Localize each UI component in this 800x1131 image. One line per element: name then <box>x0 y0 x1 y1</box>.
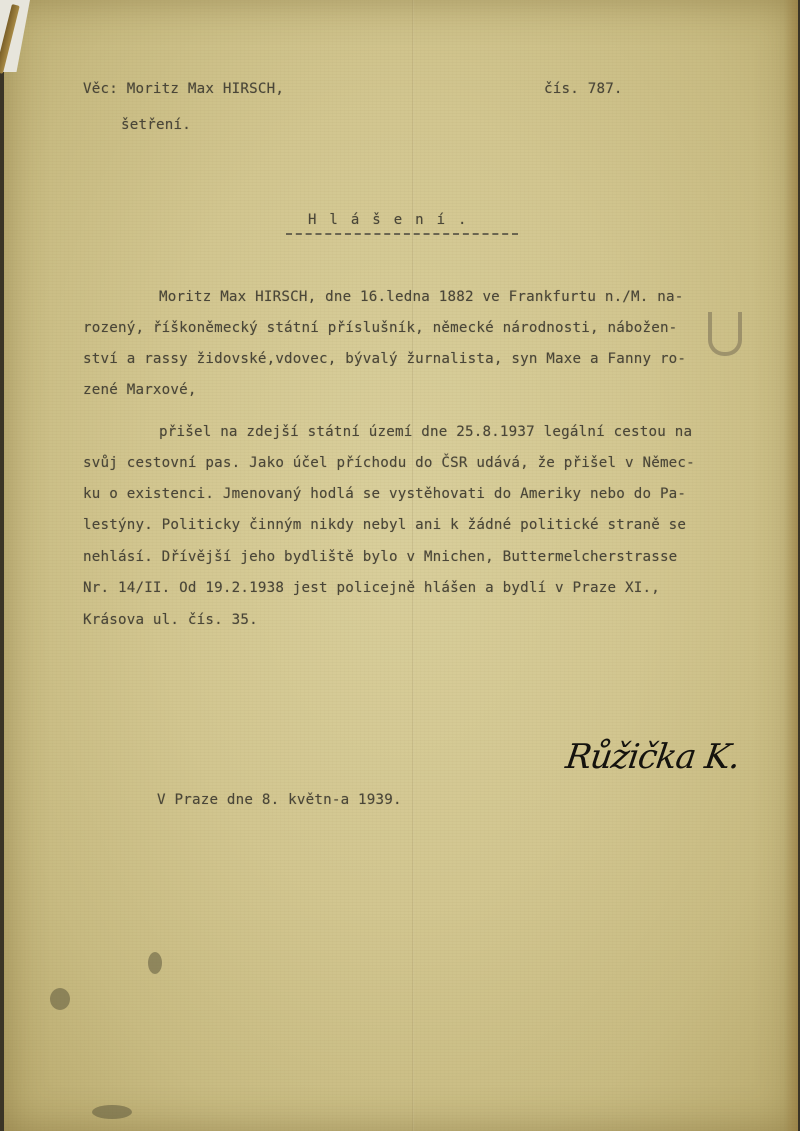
subject-line-2: šetření. <box>121 117 191 133</box>
reference-number: čís. 787. <box>544 81 623 97</box>
paper-edge-shadow <box>784 0 798 1131</box>
paper-fold <box>412 0 414 1131</box>
body-line-4: zené Marxové, <box>83 382 197 398</box>
body-line-11: Krásova ul. čís. 35. <box>83 612 258 628</box>
subject-label: Věc: Moritz Max HIRSCH, <box>83 81 284 97</box>
body-line-10: Nr. 14/II. Od 19.2.1938 jest policejně h… <box>83 580 660 596</box>
body-line-8: lestýny. Politicky činným nikdy nebyl an… <box>83 517 686 533</box>
document-title: Hlášení. <box>308 212 479 228</box>
document-page <box>4 0 798 1131</box>
pencil-annotation <box>708 312 742 356</box>
body-line-5: přišel na zdejší státní území dne 25.8.1… <box>159 424 692 440</box>
body-line-2: rozený, říškoněmecký státní příslušník, … <box>83 320 677 336</box>
body-line-6: svůj cestovní pas. Jako účel příchodu do… <box>83 455 695 471</box>
stain <box>50 988 70 1010</box>
body-line-9: nehlásí. Dřívější jeho bydliště bylo v M… <box>83 549 677 565</box>
title-underline <box>286 233 518 235</box>
place-date: V Praze dne 8. květn-a 1939. <box>157 792 402 808</box>
body-line-3: ství a rassy židovské,vdovec, bývalý žur… <box>83 351 686 367</box>
stain <box>92 1105 132 1119</box>
body-line-1: Moritz Max HIRSCH, dne 16.ledna 1882 ve … <box>159 289 684 305</box>
stain <box>148 952 162 974</box>
body-line-7: ku o existenci. Jmenovaný hodlá se vystě… <box>83 486 686 502</box>
signature: Růžička K. <box>563 737 742 777</box>
